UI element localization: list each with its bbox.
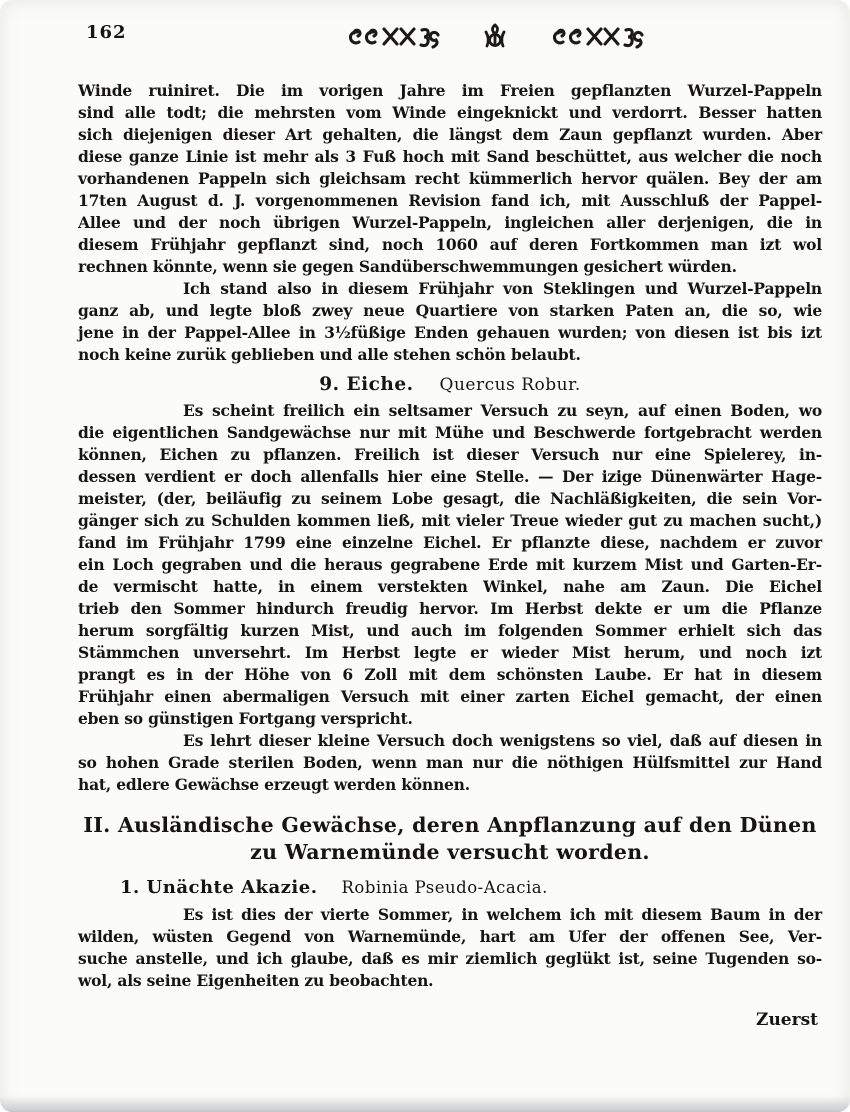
text-line: Stämmchen unversehrt. Im Herbst legte er… xyxy=(78,642,822,664)
text-line: wilden, wüsten Gegend von Warnemünde, ha… xyxy=(78,926,822,948)
species-heading-latin: Quercus Robur. xyxy=(440,375,581,395)
text-line: Es scheint freilich ein seltsamer Versuc… xyxy=(78,400,822,422)
text-line: so hohen Grade sterilen Boden, wenn man … xyxy=(78,752,822,774)
text-line: eben so günstigen Fortgang verspricht. xyxy=(78,708,822,730)
text-line: jene in der Pappel-Allee in 3½füßige End… xyxy=(78,322,822,344)
section-heading-line: zu Warnemünde versucht worden. xyxy=(78,839,822,866)
text-line: noch keine zurük geblieben und alle steh… xyxy=(78,344,822,366)
paragraph: Ich stand also in diesem Frühjahr von St… xyxy=(78,278,822,366)
text-line: hat, edlere Gewächse erzeugt werden könn… xyxy=(78,774,822,796)
text-line: 17ten August d. J. vorgenommenen Revisio… xyxy=(78,190,822,212)
text-line: sind alle todt; die mehrsten vom Winde e… xyxy=(78,102,822,124)
screenshot-stage: 162 xyxy=(0,0,850,1112)
text-line: fand im Frühjahr 1799 eine einzelne Eich… xyxy=(78,532,822,554)
text-line: können, Eichen zu pflanzen. Freilich ist… xyxy=(78,444,822,466)
paragraph: Winde ruiniret. Die im vorigen Jahre im … xyxy=(78,80,822,278)
species-heading-name: 1. Unächte Akazie. xyxy=(120,877,317,898)
paragraph: Es lehrt dieser kleine Versuch doch weni… xyxy=(78,730,822,796)
paragraph: Es ist dies der vierte Sommer, in welche… xyxy=(78,904,822,992)
text-line: Frühjahr einen abermaligen Versuch mit e… xyxy=(78,686,822,708)
text-line: herum sorgfältig kurzen Mist, und auch i… xyxy=(78,620,822,642)
text-line: wol, als seine Eigenheiten zu beobachten… xyxy=(78,970,822,992)
text-line: gänger sich zu Schulden kommen ließ, mit… xyxy=(78,510,822,532)
species-heading-name: 9. Eiche. xyxy=(319,374,413,395)
species-heading: 9. Eiche.Quercus Robur. xyxy=(78,373,822,397)
page-text: Winde ruiniret. Die im vorigen Jahre im … xyxy=(78,80,822,992)
species-heading: 1. Unächte Akazie.Robinia Pseudo-Acacia. xyxy=(78,876,822,900)
text-line: trieb den Sommer hindurch freudig hervor… xyxy=(78,598,822,620)
species-heading-latin: Robinia Pseudo-Acacia. xyxy=(341,878,547,897)
book-page: 162 xyxy=(0,0,850,1112)
section-heading: II. Ausländische Gewächse, deren Anpflan… xyxy=(78,812,822,866)
text-line: prangt es in der Höhe von 6 Zoll mit dem… xyxy=(78,664,822,686)
text-line: Es lehrt dieser kleine Versuch doch weni… xyxy=(78,730,822,752)
text-line: meister, (der, beiläufig zu seinem Lobe … xyxy=(78,488,822,510)
text-line: diese ganze Linie ist mehr als 3 Fuß hoc… xyxy=(78,146,822,168)
text-line: sich diejenigen dieser Art gehalten, die… xyxy=(78,124,822,146)
section-heading-line: II. Ausländische Gewächse, deren Anpflan… xyxy=(78,812,822,839)
text-line: suche anstelle, und ich glaube, daß es m… xyxy=(78,948,822,970)
header-ornaments xyxy=(123,18,850,54)
text-line: ganz ab, und legte bloß zwey neue Quarti… xyxy=(78,300,822,322)
text-line: die eigentlichen Sandgewächse nur mit Mü… xyxy=(78,422,822,444)
text-line: rechnen könnte, wenn sie gegen Sandübers… xyxy=(78,256,822,278)
text-line: de vermischt hatte, in einem verstekten … xyxy=(78,576,822,598)
text-line: diesem Frühjahr gepflanzt sind, noch 106… xyxy=(78,234,822,256)
text-line: ein Loch gegraben und die heraus gegrabe… xyxy=(78,554,822,576)
paragraph: Es scheint freilich ein seltsamer Versuc… xyxy=(78,400,822,730)
page-inner: 162 xyxy=(78,18,822,1030)
catchword: Zuerst xyxy=(78,1010,822,1030)
text-line: Es ist dies der vierte Sommer, in welche… xyxy=(78,904,822,926)
fleuron-ornament-left xyxy=(343,23,443,49)
text-line: Allee und der noch übrigen Wurzel-Pappel… xyxy=(78,212,822,234)
text-line: Winde ruiniret. Die im vorigen Jahre im … xyxy=(78,80,822,102)
text-line: Ich stand also in diesem Frühjahr von St… xyxy=(78,278,822,300)
fleuron-ornament-right xyxy=(547,23,647,49)
page-bottom-edge xyxy=(0,1096,850,1112)
knot-ornament-center xyxy=(481,22,509,50)
text-line: dessen verdient er doch allenfalls hier … xyxy=(78,466,822,488)
page-header: 162 xyxy=(78,18,822,54)
page-number: 162 xyxy=(86,22,127,43)
text-line: vorhandenen Pappeln sich gleichsam recht… xyxy=(78,168,822,190)
